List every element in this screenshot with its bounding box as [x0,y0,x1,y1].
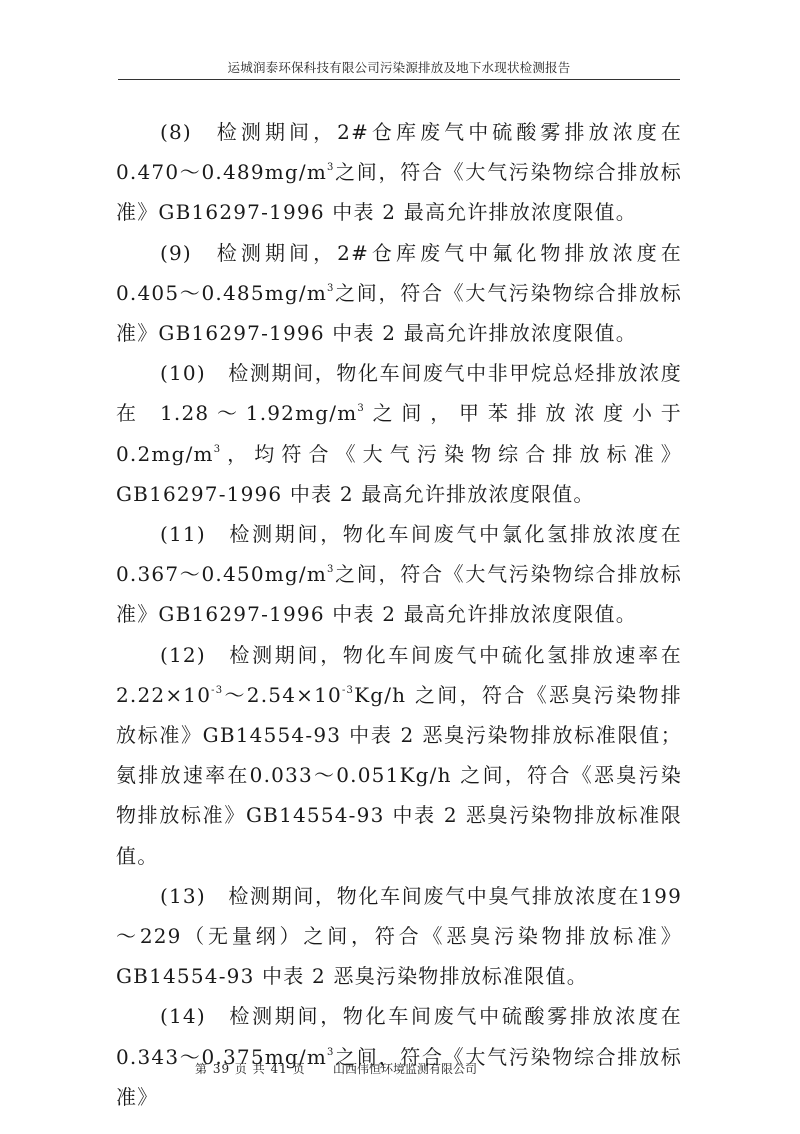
item-number: (8) [160,120,192,144]
report-body: (8)检测期间，2#仓库废气中硫酸雾排放浓度在0.470～0.489mg/m3之… [116,112,682,1117]
footer-organization: 山西伟恒环境监测有限公司 [333,1060,477,1077]
superscript: -3 [342,685,354,696]
superscript: 3 [327,564,335,575]
paragraph-12: (12)检测期间，物化车间废气中硫化氢排放速率在2.22×10-3～2.54×1… [116,635,682,876]
item-number: (10) [160,361,206,385]
paragraph-text: ～2.54×10 [223,683,342,707]
paragraph-text: Kg/h 之间，符合《恶臭污染物排放标准》GB14554-93 中表 2 恶臭污… [116,683,682,868]
item-number: (13) [160,884,206,908]
superscript: 3 [327,1047,335,1058]
running-header: 运城润泰环保科技有限公司污染源排放及地下水现状检测报告 [118,58,680,76]
superscript: 3 [327,162,335,173]
item-number: (12) [160,643,206,667]
superscript: 3 [357,403,365,414]
paragraph-13: (13)检测期间，物化车间废气中臭气排放浓度在199～229（无量纲）之间，符合… [116,876,682,997]
item-number: (11) [160,522,206,546]
paragraph-8: (8)检测期间，2#仓库废气中硫酸雾排放浓度在0.470～0.489mg/m3之… [116,112,682,233]
paragraph-9: (9)检测期间，2#仓库废气中氟化物排放浓度在0.405～0.485mg/m3之… [116,233,682,354]
paragraph-14: (14)检测期间，物化车间废气中硫酸雾排放浓度在0.343～0.375mg/m3… [116,996,682,1117]
paragraph-10: (10)检测期间，物化车间废气中非甲烷总烃排放浓度在 1.28～1.92mg/m… [116,353,682,514]
item-number: (14) [160,1004,206,1028]
item-number: (9) [160,241,192,265]
page-number: 第 39 页 共 41 页 [195,1060,306,1077]
header-divider [118,79,680,80]
superscript: -3 [211,685,223,696]
paragraph-11: (11)检测期间，物化车间废气中氯化氢排放浓度在0.367～0.450mg/m3… [116,514,682,635]
superscript: 3 [327,283,335,294]
